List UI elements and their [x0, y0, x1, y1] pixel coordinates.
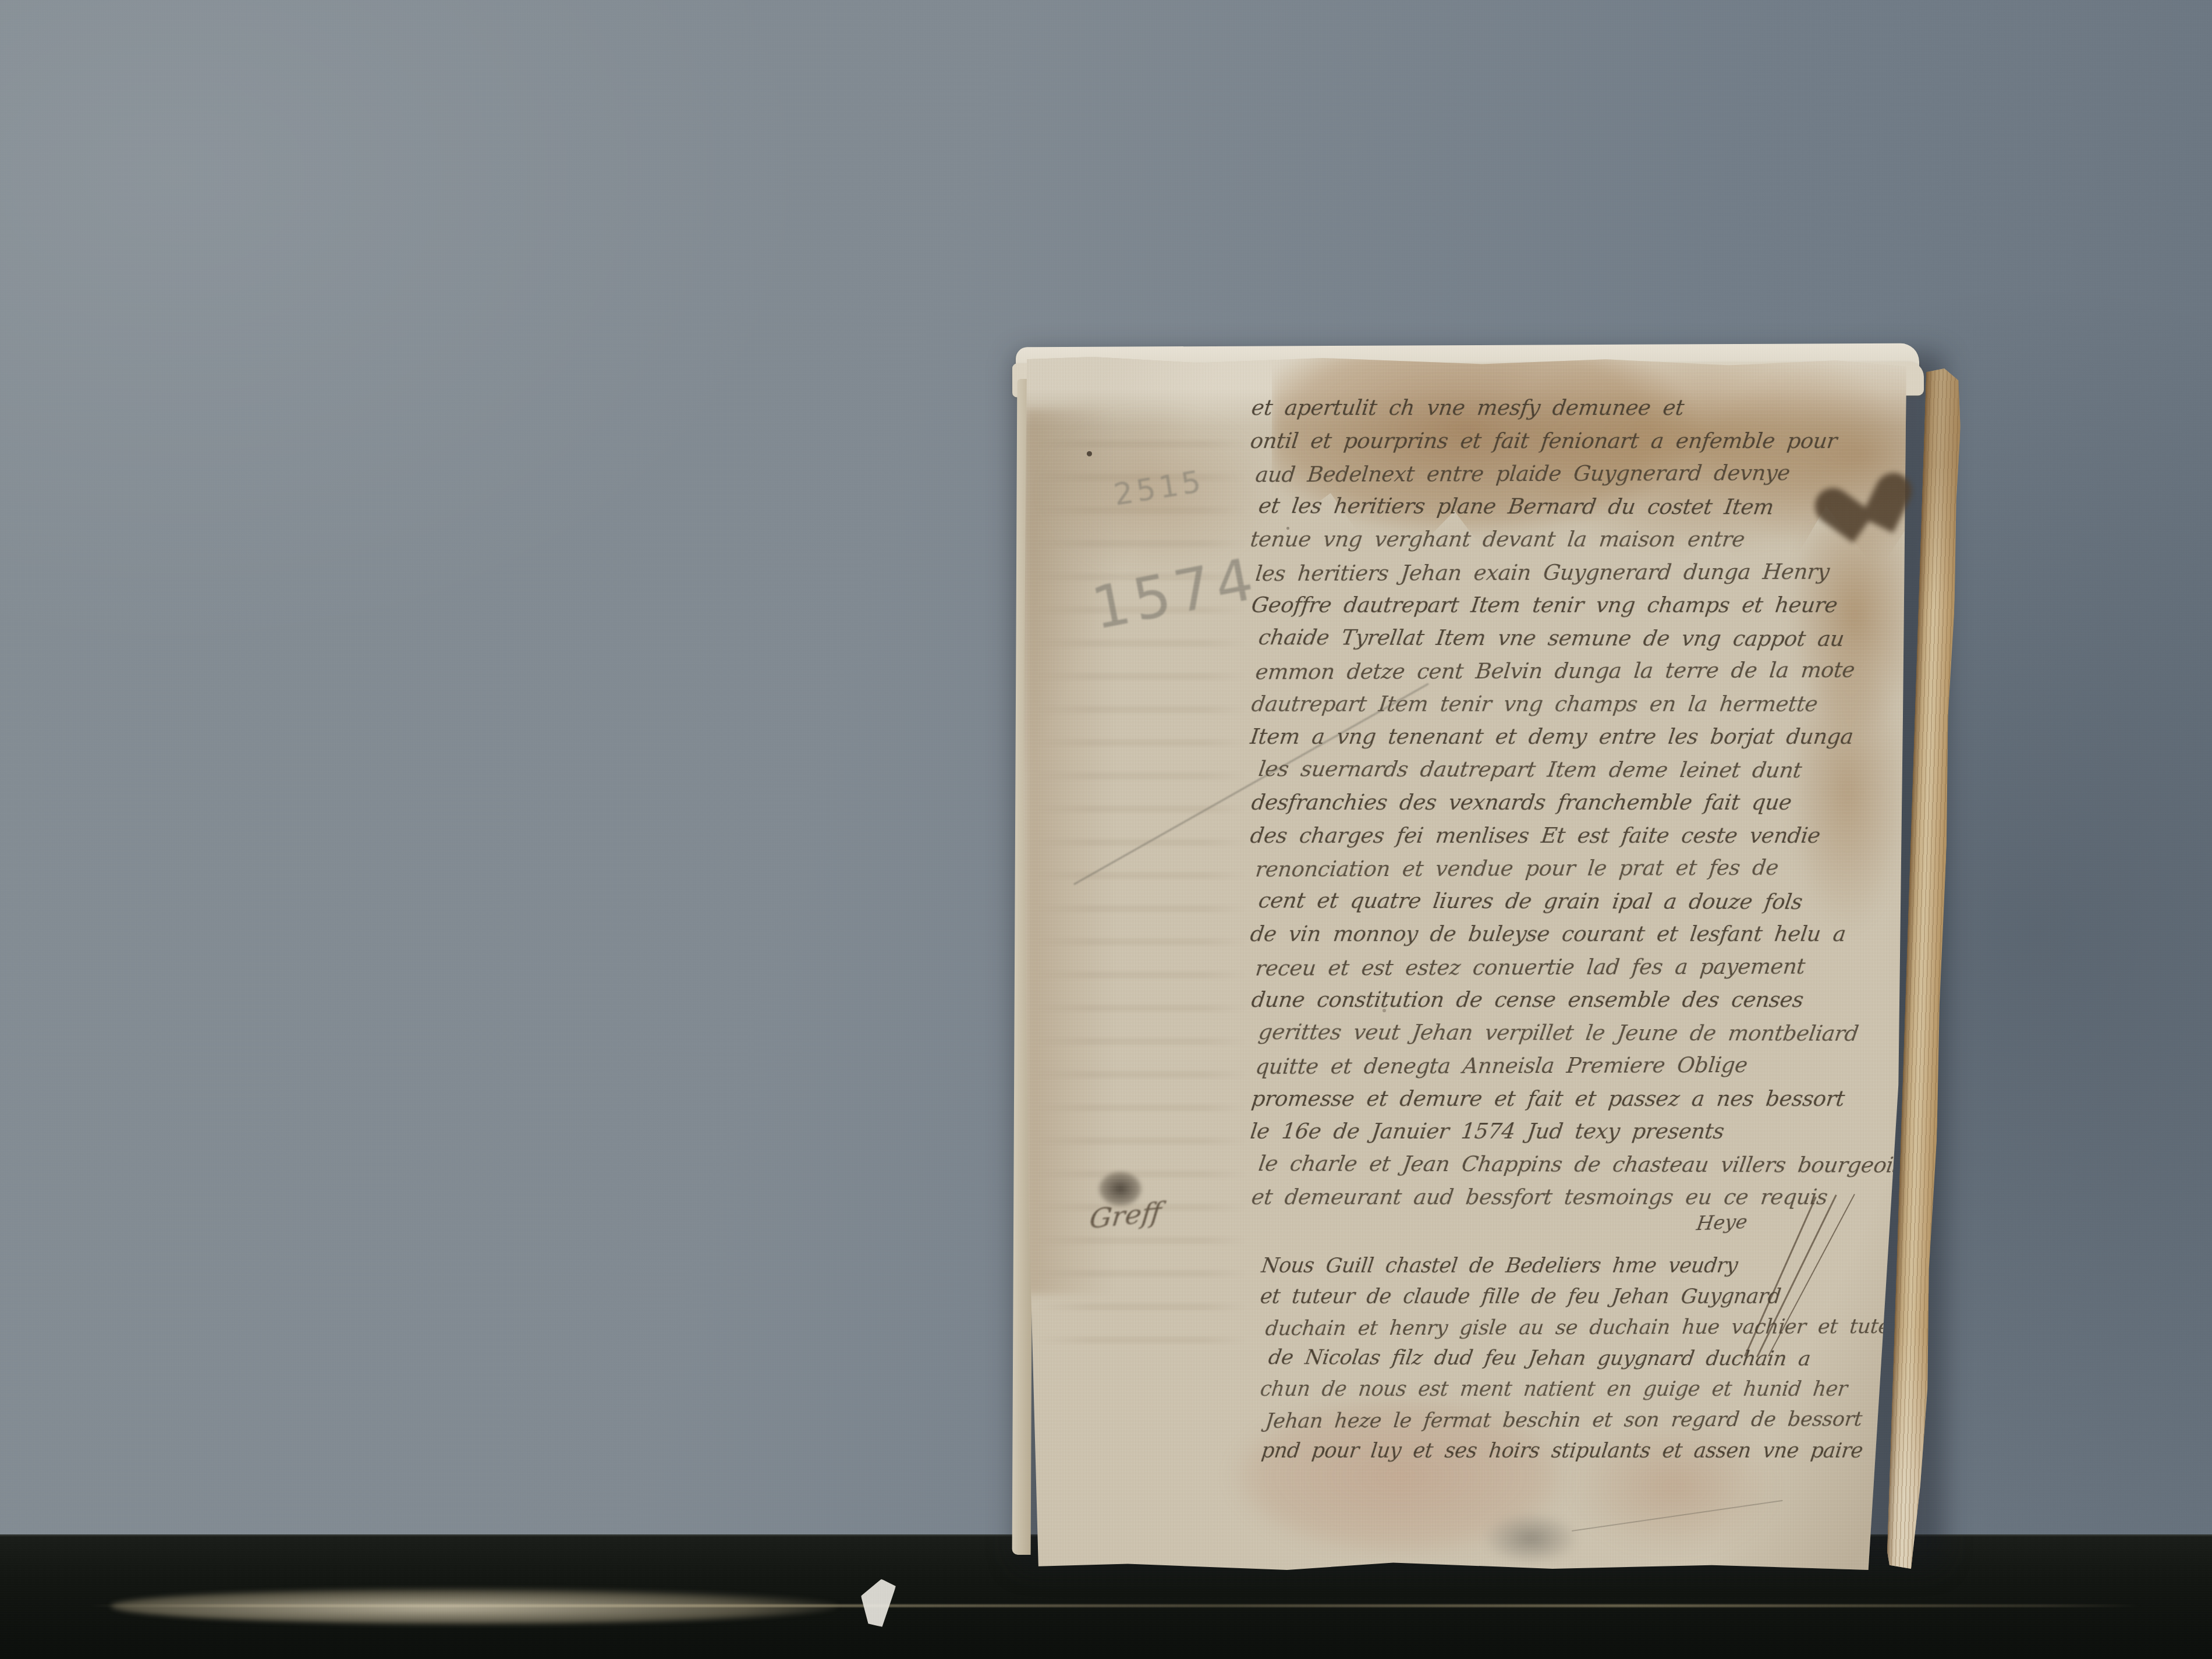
manuscript-line: emmon detze cent Belvin dunga la terre d…	[1254, 654, 1916, 689]
manuscript-line: Geoffre dautrepart Item tenir vng champs…	[1250, 589, 1916, 622]
manuscript-line: duchain et henry gisle au se duchain hue…	[1264, 1311, 1914, 1345]
manuscript-line: promesse et demure et fait et passez a n…	[1250, 1083, 1916, 1116]
manuscript-line: gerittes veut Jehan verpillet le Jeune d…	[1256, 1016, 1916, 1050]
manuscript-line: receu et est estez conuertie lad fes a p…	[1254, 950, 1916, 985]
manuscript-line: les heritiers Jehan exain Guygnerard dun…	[1254, 555, 1916, 590]
manuscript-line: renonciation et vendue pour le prat et f…	[1254, 851, 1916, 886]
manuscript-line: le 16e de Januier 1574 Jud texy presents	[1249, 1115, 1916, 1148]
manuscript-line: et apertulit ch vne mesfy demunee et	[1250, 392, 1916, 425]
manuscript-line: chun de nous est ment natient en guige e…	[1259, 1374, 1915, 1405]
manuscript-line: dune constitution de cense ensemble des …	[1250, 984, 1916, 1017]
manuscript-line: et tuteur de claude fille de feu Jehan G…	[1259, 1282, 1915, 1313]
manuscript-line: ontil et pourprins et fait fenionart a e…	[1249, 425, 1916, 458]
manuscript-line: le charle et Jean Chappins de chasteau v…	[1256, 1147, 1916, 1182]
manuscript-line: Item a vng tenenant et demy entre les bo…	[1249, 721, 1916, 754]
manuscript-line: tenue vng verghant devant la maison entr…	[1249, 523, 1916, 556]
manuscript-line: les suernards dautrepart Item deme leine…	[1256, 753, 1916, 787]
text-block-entry: et apertulit ch vne mesfy demunee etonti…	[1250, 392, 1914, 1214]
manuscript-line: Jehan heze le fermat beschin et son rega…	[1264, 1404, 1914, 1437]
manuscript-line: quitte et denegta Anneisla Premiere Obli…	[1254, 1048, 1916, 1083]
catchword: Heye	[1695, 1211, 1749, 1235]
manuscript-line: des charges fei menlises Et est faite ce…	[1249, 820, 1916, 853]
manuscript-line: de Nicolas filz dud feu Jehan guygnard d…	[1266, 1343, 1914, 1376]
manuscript-line: aud Bedelnext entre plaide Guygnerard de…	[1254, 456, 1916, 491]
text-block-second: Nous Guill chastel de Bedeliers hme veud…	[1260, 1251, 1912, 1467]
manuscript-line: Nous Guill chastel de Bedeliers hme veud…	[1260, 1251, 1915, 1282]
manuscript: 2515 1574 Greff et apertulit ch vne mesf…	[1010, 341, 1956, 1578]
manuscript-line: dautrepart Item tenir vng champs en la h…	[1250, 688, 1916, 721]
manuscript-line: de vin monnoy de buleyse courant et lesf…	[1249, 918, 1916, 951]
manuscript-line: chaide Tyrellat Item vne semune de vng c…	[1256, 621, 1916, 655]
manuscript-line: pnd pour luy et ses hoirs stipulants et …	[1260, 1436, 1915, 1467]
scratch-line	[1572, 1500, 1783, 1532]
photograph: 2515 1574 Greff et apertulit ch vne mesf…	[0, 0, 2212, 1659]
smudge	[1467, 1504, 1595, 1573]
manuscript-line: cent et quatre liures de grain ipal a do…	[1256, 884, 1916, 919]
page: 2515 1574 Greff et apertulit ch vne mesf…	[1022, 357, 1906, 1570]
table-scuff-mark	[111, 1588, 838, 1624]
manuscript-line: desfranchies des vexnards franchemble fa…	[1250, 786, 1916, 820]
